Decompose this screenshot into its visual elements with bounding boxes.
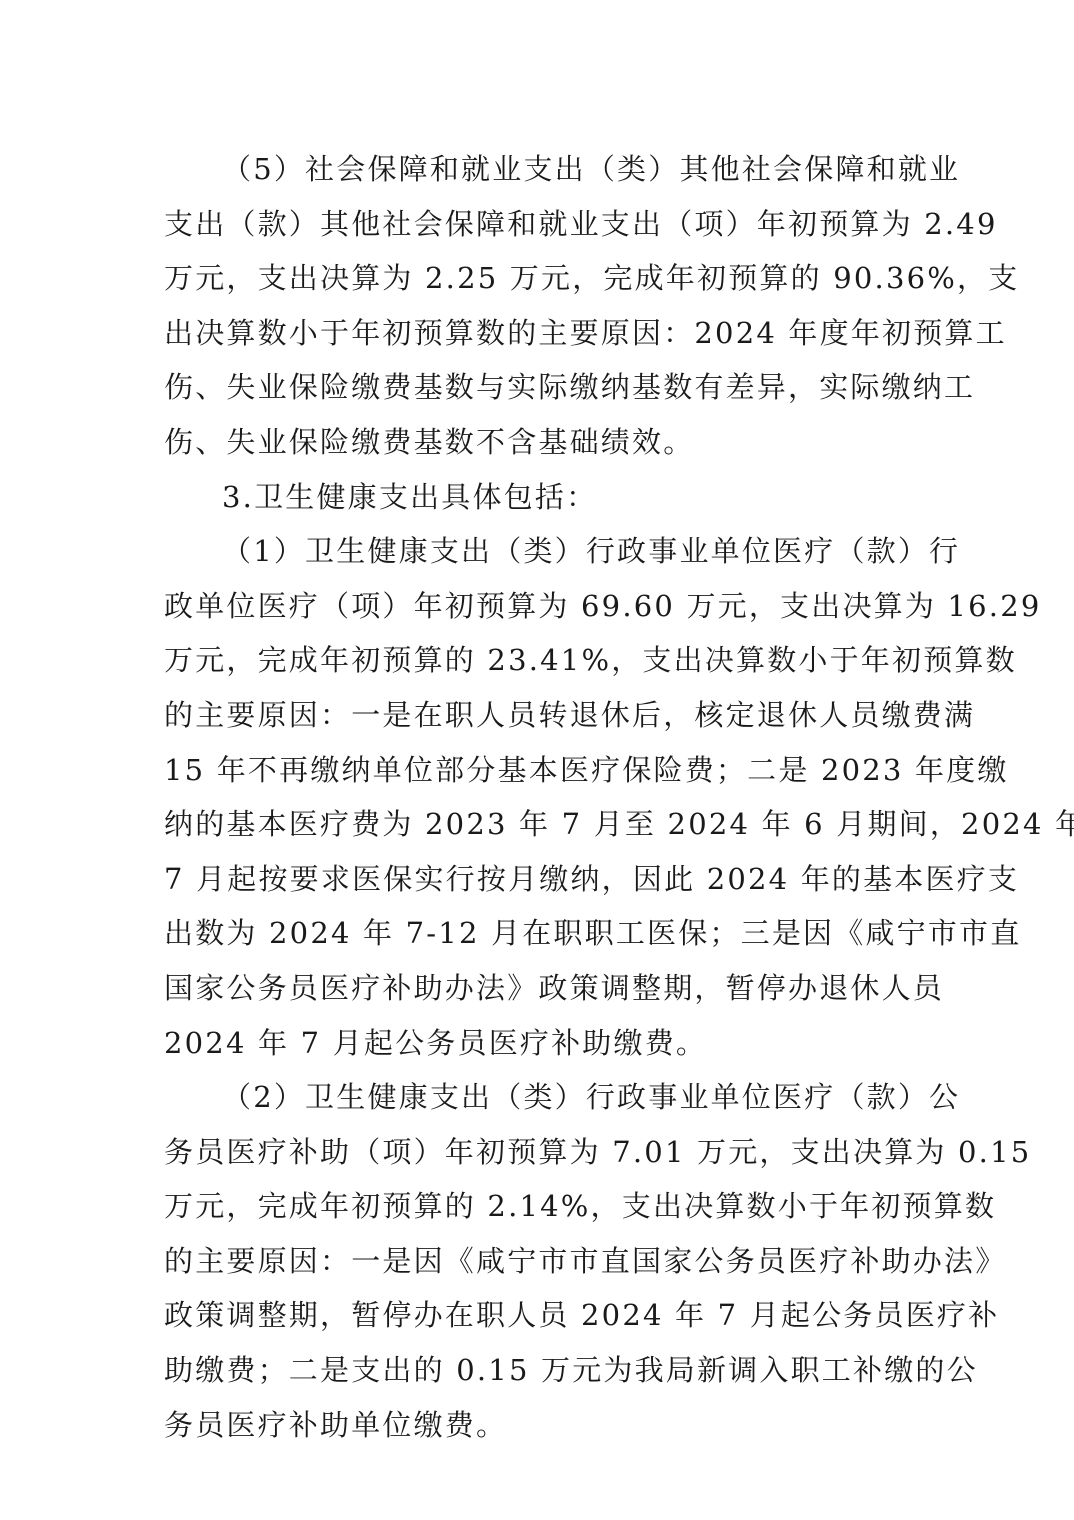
- text-line: 15 年不再缴纳单位部分基本医疗保险费；二是 2023 年度缴: [164, 743, 912, 798]
- text-line: 务员医疗补助（项）年初预算为 7.01 万元，支出决算为 0.15: [164, 1125, 912, 1180]
- paragraph-civil-servant-medical-subsidy: （2）卫生健康支出（类）行政事业单位医疗（款）公 务员医疗补助（项）年初预算为 …: [164, 1070, 912, 1452]
- text-line: 的主要原因：一是在职人员转退休后，核定退休人员缴费满: [164, 688, 912, 743]
- section-heading-health-expenditure: 3.卫生健康支出具体包括：: [164, 470, 912, 525]
- text-line: 万元，完成年初预算的 2.14%，支出决算数小于年初预算数: [164, 1179, 912, 1234]
- text-line: 伤、失业保险缴费基数与实际缴纳基数有差异，实际缴纳工: [164, 360, 912, 415]
- text-line: 支出（款）其他社会保障和就业支出（项）年初预算为 2.49: [164, 197, 912, 252]
- text-line: 政策调整期，暂停办在职人员 2024 年 7 月起公务员医疗补: [164, 1288, 912, 1343]
- document-body: （5）社会保障和就业支出（类）其他社会保障和就业 支出（款）其他社会保障和就业支…: [164, 142, 912, 1452]
- text-line: 的主要原因：一是因《咸宁市市直国家公务员医疗补助办法》: [164, 1234, 912, 1289]
- text-line: 政单位医疗（项）年初预算为 69.60 万元，支出决算为 16.29: [164, 579, 912, 634]
- heading-text: 3.卫生健康支出具体包括：: [164, 470, 912, 525]
- text-line: 纳的基本医疗费为 2023 年 7 月至 2024 年 6 月期间，2024 年: [164, 797, 912, 852]
- text-line: （1）卫生健康支出（类）行政事业单位医疗（款）行: [164, 524, 912, 579]
- text-line: 万元，完成年初预算的 23.41%，支出决算数小于年初预算数: [164, 633, 912, 688]
- text-line: 2024 年 7 月起公务员医疗补助缴费。: [164, 1016, 912, 1071]
- text-line: （2）卫生健康支出（类）行政事业单位医疗（款）公: [164, 1070, 912, 1125]
- text-line: 7 月起按要求医保实行按月缴纳，因此 2024 年的基本医疗支: [164, 852, 912, 907]
- text-line: 助缴费；二是支出的 0.15 万元为我局新调入职工补缴的公: [164, 1343, 912, 1398]
- text-line: 伤、失业保险缴费基数不含基础绩效。: [164, 415, 912, 470]
- paragraph-social-security-expenditure: （5）社会保障和就业支出（类）其他社会保障和就业 支出（款）其他社会保障和就业支…: [164, 142, 912, 470]
- text-line: 务员医疗补助单位缴费。: [164, 1398, 912, 1453]
- text-line: 出数为 2024 年 7-12 月在职职工医保；三是因《咸宁市市直: [164, 906, 912, 961]
- text-line: 出决算数小于年初预算数的主要原因：2024 年度年初预算工: [164, 306, 912, 361]
- document-page: （5）社会保障和就业支出（类）其他社会保障和就业 支出（款）其他社会保障和就业支…: [0, 0, 1074, 1520]
- text-line: 国家公务员医疗补助办法》政策调整期，暂停办退休人员: [164, 961, 912, 1016]
- paragraph-admin-unit-medical: （1）卫生健康支出（类）行政事业单位医疗（款）行 政单位医疗（项）年初预算为 6…: [164, 524, 912, 1070]
- text-line: （5）社会保障和就业支出（类）其他社会保障和就业: [164, 142, 912, 197]
- text-line: 万元，支出决算为 2.25 万元，完成年初预算的 90.36%，支: [164, 251, 912, 306]
